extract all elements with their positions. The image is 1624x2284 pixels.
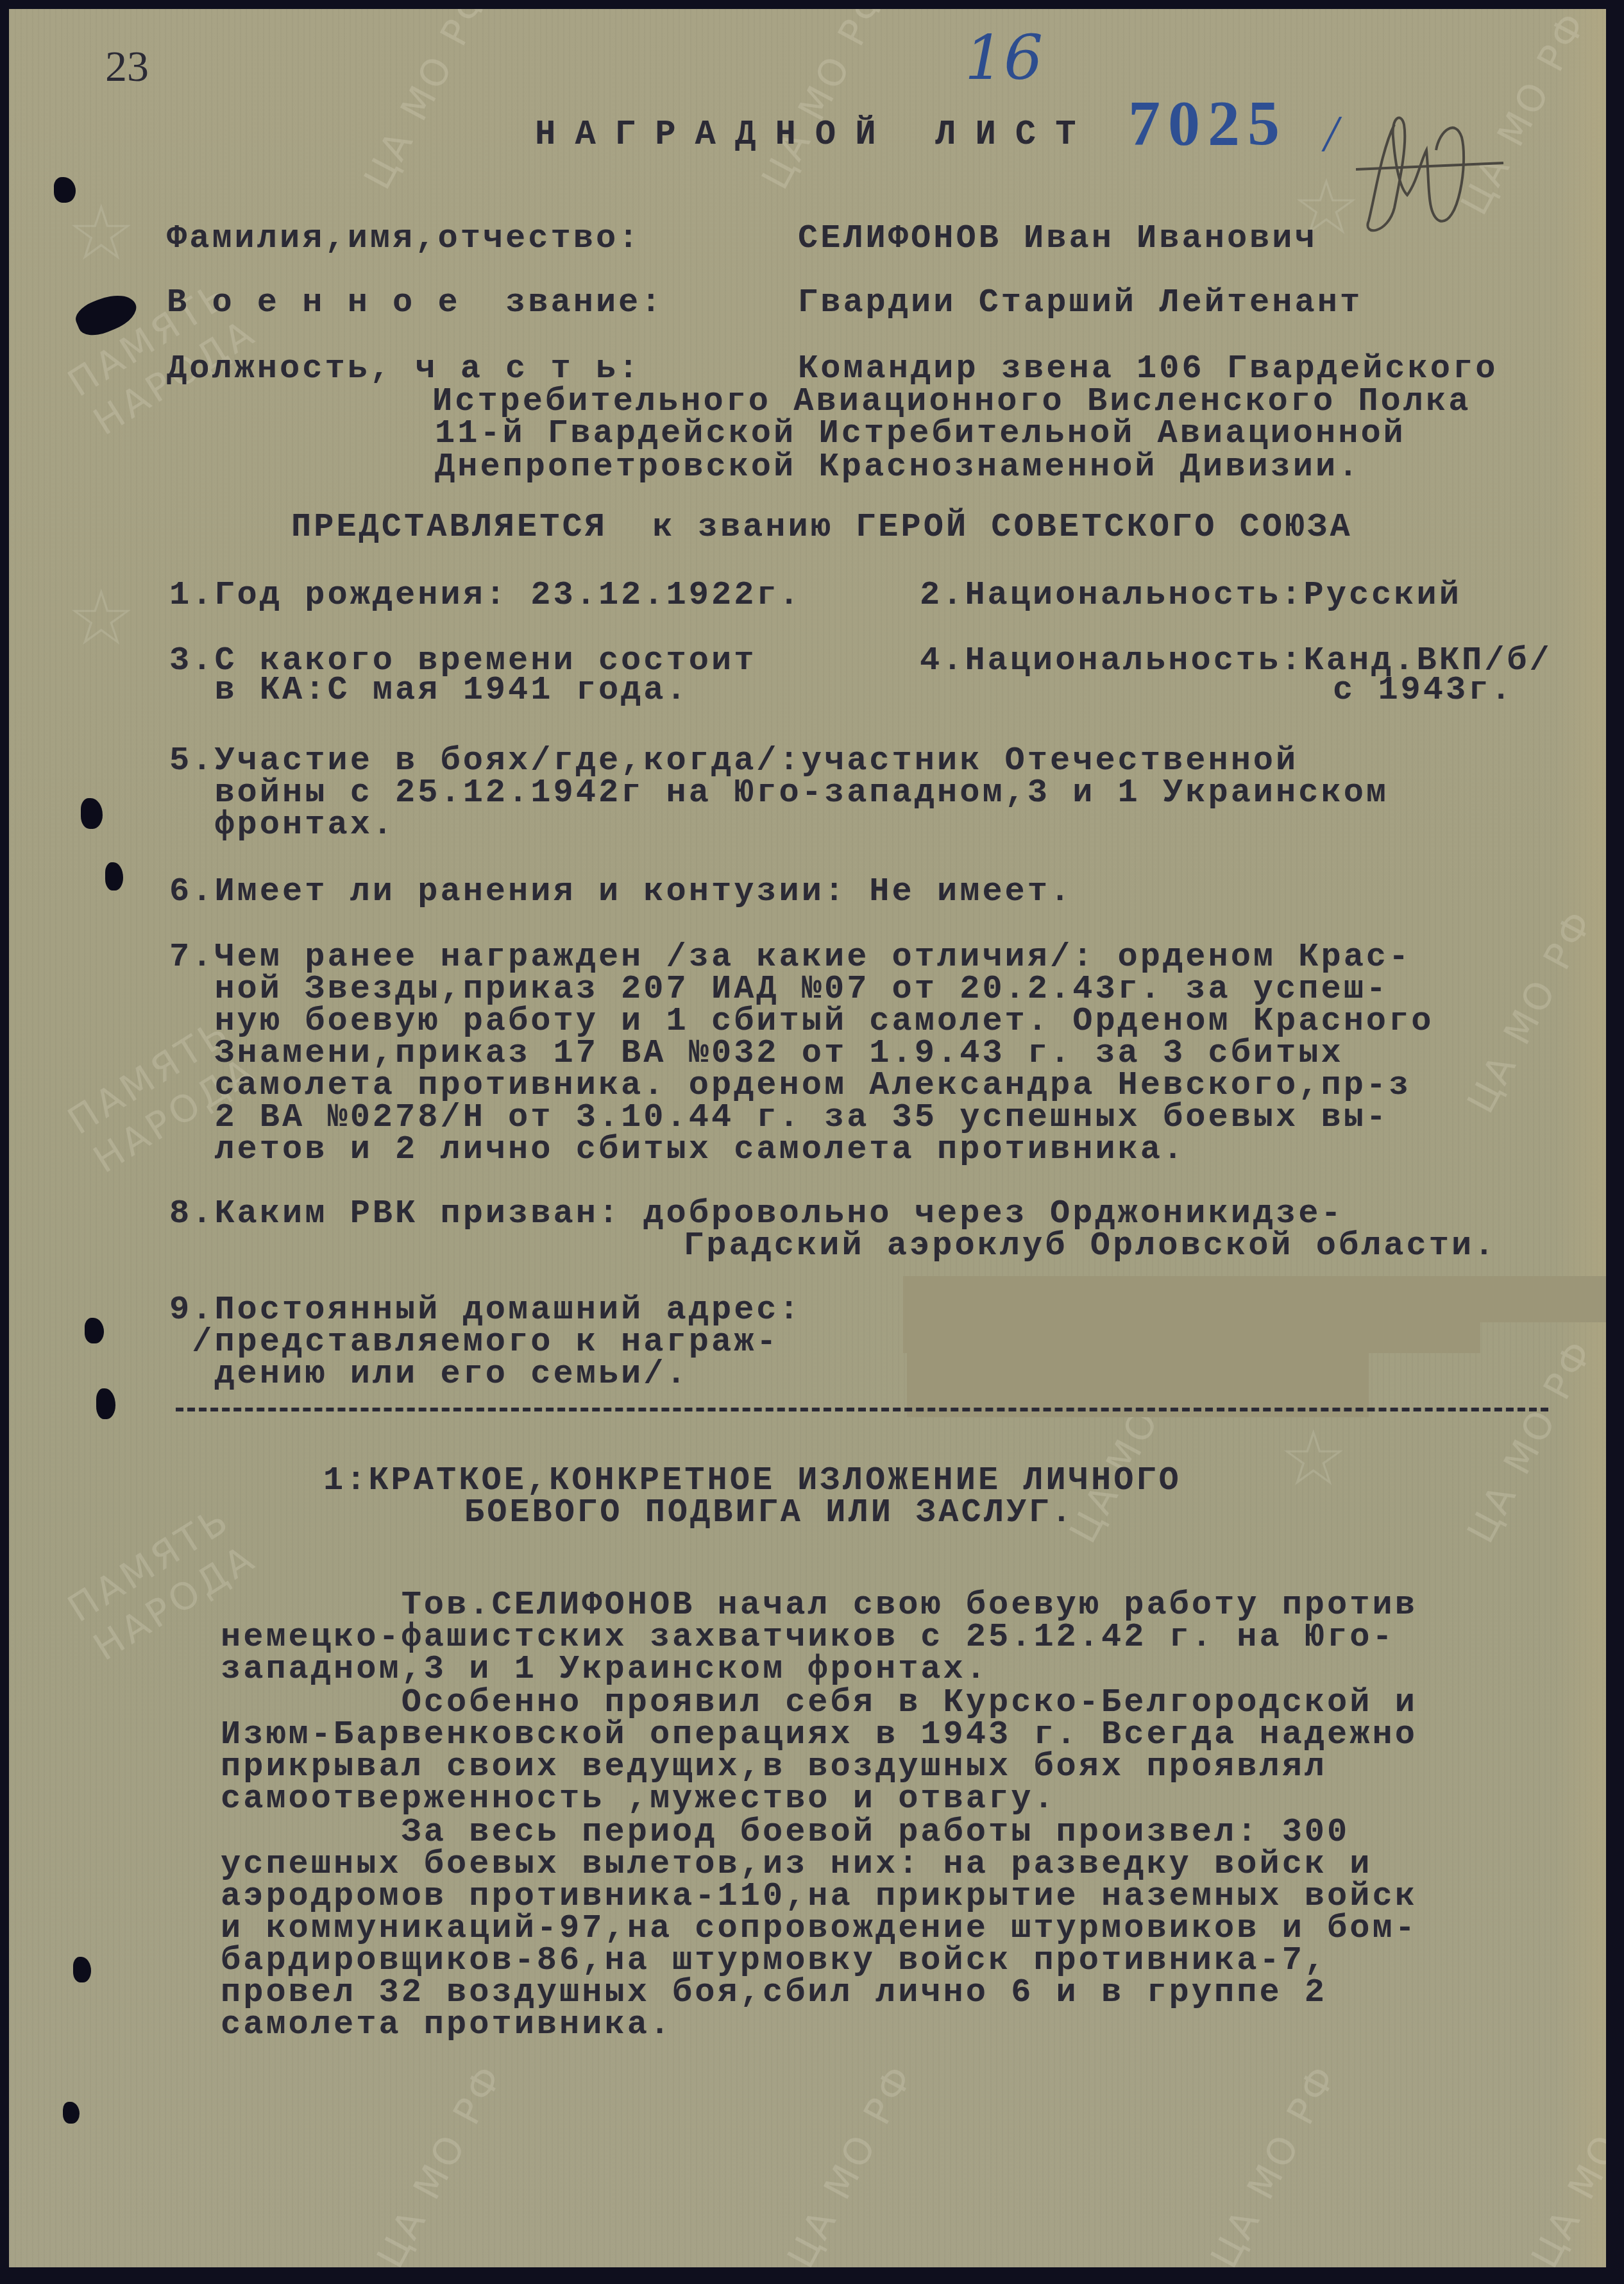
stamp-suffix: /	[1324, 105, 1338, 164]
body-line: и коммуникаций-97,на сопровождение штурм…	[221, 1912, 1417, 1945]
item-address-label: дению или его семьи/.	[169, 1358, 689, 1391]
value-position-line: Истребительного Авиационного Висленского…	[432, 385, 1471, 418]
watermark-archive: ЦА МО РФ	[355, 9, 499, 196]
nomination: ПРЕДСТАВЛЯЕТСЯ к званию ГЕРОЙ СОВЕТСКОГО…	[291, 511, 1353, 544]
item-party: с 1943г.	[1333, 674, 1514, 707]
item-birth-year: 1.Год рождения: 23.12.1922г.	[169, 579, 802, 612]
item-address-label: 9.Постоянный домашний адрес:	[169, 1293, 802, 1327]
body-line: провел 32 воздушных боя,сбил лично 6 и в…	[221, 1976, 1327, 2009]
value-rank: Гвардии Старший Лейтенант	[798, 286, 1362, 320]
punch-hole	[81, 798, 103, 829]
watermark-star-icon: ☆	[67, 189, 136, 278]
punch-hole	[105, 862, 123, 891]
item-prior-awards: 7.Чем ранее награжден /за какие отличия/…	[169, 941, 1411, 974]
address-redaction	[903, 1276, 1606, 1322]
value-position-line: Днепропетровской Краснознаменной Дивизии…	[435, 450, 1360, 484]
item-prior-awards: самолета противника. орденом Александра …	[169, 1069, 1411, 1102]
body-line: самоотверженность ,мужество и отвагу.	[221, 1782, 1056, 1816]
watermark-archive: ЦА МО РФ	[1202, 2056, 1346, 2267]
item-wounds: 6.Имеет ли ранения и контузии: Не имеет.	[169, 875, 1072, 908]
handwritten-number: 16	[965, 22, 1043, 94]
label-position: Должность, ч а с т ь:	[167, 352, 641, 386]
award-sheet: ЦА МО РФ ЦА МО РФ ЦА МО РФ ЦА МО РФ ЦА М…	[9, 9, 1606, 2267]
separator-line	[176, 1408, 1548, 1411]
punch-hole	[85, 1318, 104, 1343]
item-battles: 5.Участие в боях/где,когда/:участник Оте…	[169, 744, 1298, 778]
item-prior-awards: Знамени,приказ 17 ВА №032 от 1.9.43 г. з…	[169, 1037, 1344, 1070]
item-prior-awards: 2 ВА №0278/Н от 3.10.44 г. за 35 успешны…	[169, 1101, 1389, 1134]
watermark-archive: ЦА МО РФ	[779, 2056, 922, 2267]
watermark-archive: ЦА МО РФ	[368, 2056, 512, 2267]
section-heading: БОЕВОГО ПОДВИГА ИЛИ ЗАСЛУГ.	[464, 1496, 1074, 1530]
item-battles: войны с 25.12.1942г на Юго-западном,3 и …	[169, 776, 1389, 810]
item-service-since: в КА:С мая 1941 года.	[169, 674, 689, 707]
body-line: прикрывал своих ведущих,в воздушных боях…	[221, 1750, 1327, 1784]
signature-icon	[1356, 99, 1548, 240]
body-line: Особенно проявил себя в Курско-Белгородс…	[221, 1686, 1417, 1719]
section-heading: 1:КРАТКОЕ,КОНКРЕТНОЕ ИЗЛОЖЕНИЕ ЛИЧНОГО	[323, 1464, 1181, 1497]
punch-hole	[73, 1957, 91, 1982]
item-prior-awards: летов и 2 лично сбитых самолета противни…	[169, 1133, 1185, 1166]
item-conscription: 8.Каким РВК призван: добровольно через О…	[169, 1197, 1344, 1231]
item-nationality: 2.Национальность:Русский	[920, 579, 1462, 612]
item-prior-awards: ную боевую работу и 1 сбитый самолет. Ор…	[169, 1005, 1434, 1038]
item-prior-awards: ной Звезды,приказ 207 ИАД №07 от 20.2.43…	[169, 973, 1389, 1006]
value-position-line: 11-й Гвардейской Истребительной Авиацион…	[435, 417, 1406, 450]
item-address-label: /представляемого к награж-	[169, 1325, 779, 1359]
label-fio: Фамилия,имя,отчество:	[167, 222, 641, 255]
body-line: бардировщиков-86,на штурмовку войск прот…	[221, 1944, 1327, 1977]
body-line: самолета противника.	[221, 2008, 672, 2041]
body-line: западном,3 и 1 Украинском фронтах.	[221, 1653, 988, 1686]
body-line: немецко-фашистских захватчиков с 25.12.4…	[221, 1621, 1395, 1654]
watermark-star-icon: ☆	[1279, 1414, 1348, 1503]
body-line: Изюм-Барвенковской операциях в 1943 г. В…	[221, 1718, 1417, 1751]
punch-hole	[54, 177, 76, 203]
body-line: За весь период боевой работы произвел: 3…	[221, 1816, 1349, 1849]
watermark-archive: ЦА МО РФ	[753, 9, 897, 196]
body-line: аэродромов противника-110,на прикрытие н…	[221, 1880, 1417, 1913]
watermark-star-icon: ☆	[67, 574, 136, 663]
address-redaction	[903, 1322, 1480, 1353]
punch-hole	[96, 1388, 115, 1419]
document-title: НАГРАДНОЙ ЛИСТ	[535, 118, 1095, 153]
stamp-number: 7025	[1128, 86, 1287, 160]
item-battles: фронтах.	[169, 808, 395, 842]
body-line: Тов.СЕЛИФОНОВ начал свою боевую работу п…	[221, 1589, 1417, 1622]
page-number: 23	[105, 41, 149, 92]
label-rank: В о е н н о е звание:	[167, 286, 664, 320]
punch-hole	[63, 2102, 80, 2124]
body-line: успешных боевых вылетов,из них: на разве…	[221, 1848, 1372, 1881]
paper-edge	[1555, 9, 1606, 2267]
item-conscription: Градский аэроклуб Орловской области.	[684, 1229, 1496, 1263]
value-fio: СЕЛИФОНОВ Иван Иванович	[798, 222, 1317, 255]
value-position-line: Командир звена 106 Гвардейского	[798, 352, 1498, 386]
